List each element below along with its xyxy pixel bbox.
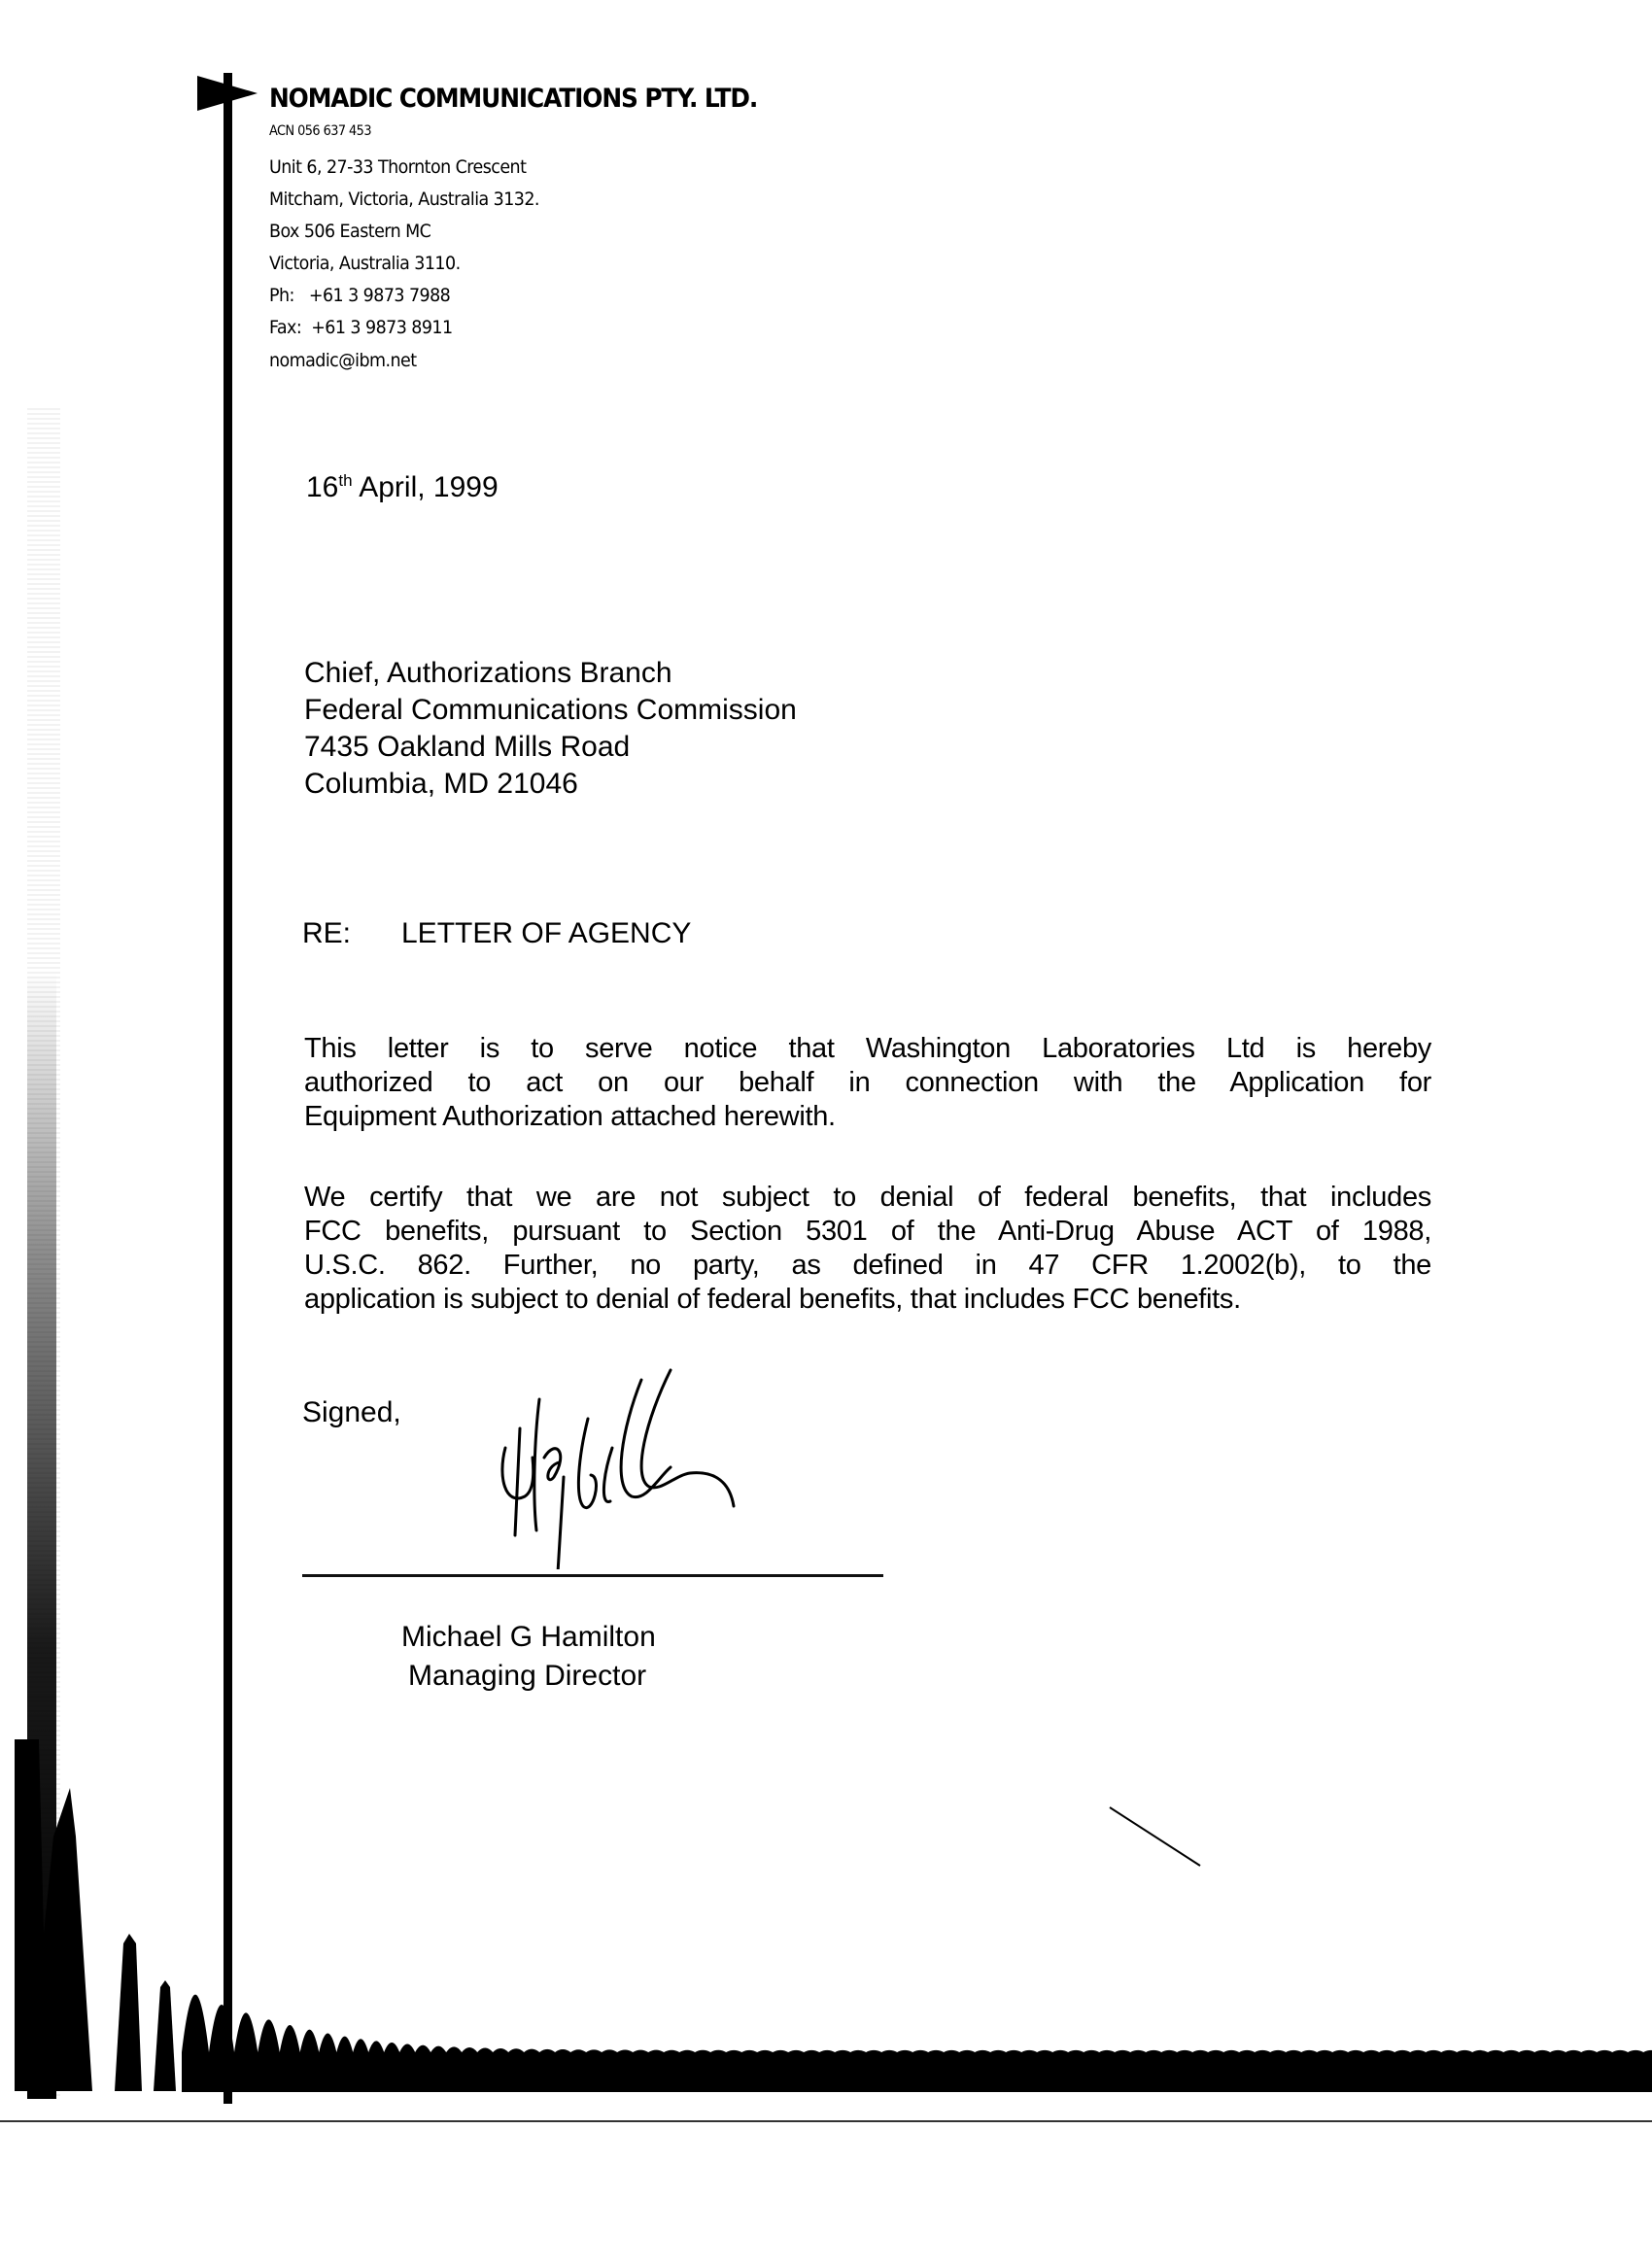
- body-paragraph-2: We certify that we are not subject to de…: [304, 1181, 1431, 1317]
- signatory-title: Managing Director: [408, 1660, 646, 1693]
- handwritten-signature: [486, 1360, 758, 1569]
- body-paragraph-1: This letter is to serve notice that Wash…: [304, 1032, 1431, 1134]
- recipient-line: Federal Communications Commission: [304, 694, 797, 727]
- subject-label: RE:: [302, 917, 351, 950]
- subject-title: LETTER OF AGENCY: [401, 917, 691, 950]
- date-rest: April, 1999: [353, 471, 499, 503]
- company-acn: ACN 056 637 453: [269, 123, 371, 139]
- signatory-name: Michael G Hamilton: [401, 1621, 656, 1654]
- date-day: 16: [306, 471, 338, 503]
- page-bottom-rule: [0, 2120, 1652, 2122]
- company-name: NOMADIC COMMUNICATIONS PTY. LTD.: [269, 84, 757, 114]
- company-fax: Fax: +61 3 9873 8911: [269, 317, 453, 338]
- company-phone: Ph: +61 3 9873 7988: [269, 285, 450, 306]
- body-line: FCC benefits, pursuant to Section 5301 o…: [304, 1215, 1431, 1249]
- address-line: Mitcham, Victoria, Australia 3132.: [269, 189, 539, 210]
- letter-date: 16th April, 1999: [306, 471, 499, 504]
- letter-page: NOMADIC COMMUNICATIONS PTY. LTD. ACN 056…: [0, 0, 1652, 2267]
- recipient-line: Columbia, MD 21046: [304, 768, 578, 801]
- signature-line: [302, 1574, 883, 1577]
- body-line: This letter is to serve notice that Wash…: [304, 1032, 1431, 1066]
- body-line: application is subject to denial of fede…: [304, 1283, 1431, 1317]
- company-email[interactable]: nomadic@ibm.net: [269, 350, 417, 371]
- signed-label: Signed,: [302, 1396, 401, 1429]
- recipient-line: 7435 Oakland Mills Road: [304, 731, 630, 764]
- body-line: Equipment Authorization attached herewit…: [304, 1100, 1431, 1134]
- body-line: We certify that we are not subject to de…: [304, 1181, 1431, 1215]
- date-suffix: th: [338, 471, 352, 490]
- recipient-line: Chief, Authorizations Branch: [304, 657, 672, 690]
- decorative-wave-pattern: [0, 1739, 1652, 2128]
- body-line: authorized to act on our behalf in conne…: [304, 1066, 1431, 1100]
- address-line: Unit 6, 27-33 Thornton Crescent: [269, 156, 526, 178]
- body-line: U.S.C. 862. Further, no party, as define…: [304, 1249, 1431, 1283]
- address-line: Victoria, Australia 3110.: [269, 253, 461, 274]
- flag-arrow-icon: [197, 76, 258, 111]
- address-line: Box 506 Eastern MC: [269, 221, 430, 242]
